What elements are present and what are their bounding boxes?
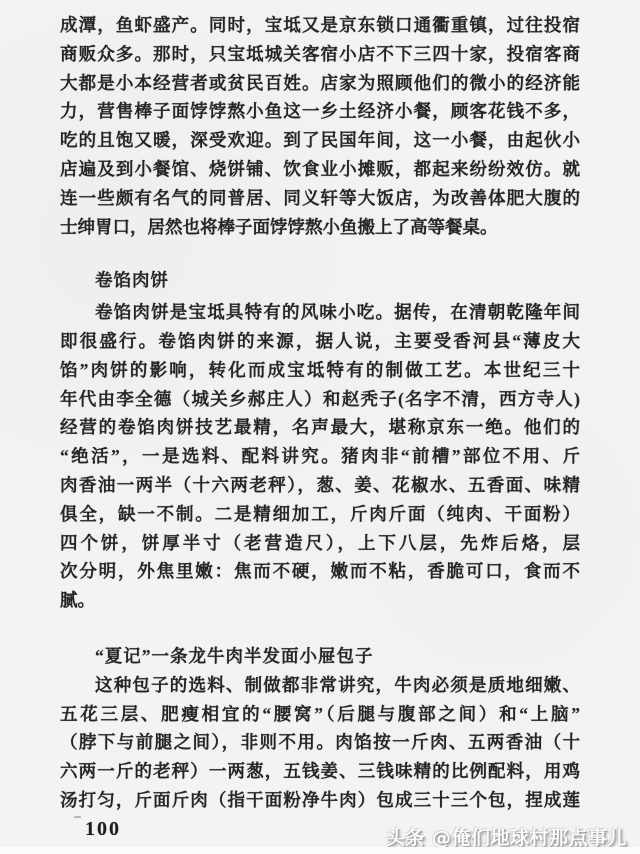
paragraph-line: 年代由李全德（城关乡郝庄人）和赵秃子(名字不清，西方寺人)	[60, 385, 580, 414]
paragraph-line: 连一些颇有名气的同普居、同义轩等大饭店，为改善体肥大腹的	[60, 184, 580, 213]
paragraph-line: 俱全，缺一不制。二是精细加工，斤肉斤面（纯肉、干面粉）	[60, 500, 580, 529]
paragraph-line: 次分明，外焦里嫩：焦而不硬，嫩而不粘，香脆可口，食而不	[60, 557, 580, 586]
paragraph-line: 四个饼，饼厚半寸（老营造尺），上下八层，先炸后烙，层	[60, 529, 580, 558]
paragraph-line: “绝活”，一是选料、配料讲究。猪肉非“前槽”部位不用、斤	[60, 442, 580, 471]
paragraph-line: 这种包子的选料、制做都非常讲究，牛肉必须是质地细嫩、	[60, 671, 580, 700]
paragraph-line: 成潭，鱼虾盛产。同时，宝坻又是京东锁口通衢重镇，过往投宿	[60, 11, 580, 40]
paragraph-line: 肉香油一两半（十六两老秤），葱、姜、花椒水、五香面、味精	[60, 471, 580, 500]
paragraph-line: 五花三层、肥瘦相宜的“腰窝”（后腿与腹部之间）和“上脑”	[60, 700, 580, 729]
section-heading: 卷馅肉饼	[60, 266, 580, 295]
paragraph-line: 汤打匀，斤面斤肉（指干面粉净牛肉）包成三十三个包，捏成莲	[60, 786, 580, 815]
section-heading: “夏记”一条龙牛肉半发面小屉包子	[60, 642, 580, 671]
paragraph-line: 六两一斤的老秤）一两葱，五钱姜、三钱味精的比例配料，用鸡	[60, 757, 580, 786]
paragraph-line: 士绅胃口，居然也将棒子面饽饽熬小鱼搬上了高等餐桌。	[60, 213, 580, 242]
paragraph-line: 即很盛行。卷馅肉饼的来源，据人说，主要受香河县“薄皮大	[60, 327, 580, 356]
paragraph-line: 卷馅肉饼是宝坻具特有的风味小吃。据传，在清朝乾隆年间	[60, 298, 580, 327]
paragraph-line: 力，营售棒子面饽饽熬小鱼这一乡土经济小餐，顾客花钱不多，	[60, 97, 580, 126]
scan-bottom-edge	[0, 847, 640, 854]
page-number: 100	[85, 818, 121, 841]
paragraph-line: 店遍及到小餐馆、烧饼铺、饮食业小摊贩，都起来纷纷效仿。就	[60, 155, 580, 184]
paragraph-line: （脖下与前腿之间），非则不用。肉馅按一斤肉、五两香油（十	[60, 728, 580, 757]
page-text: 成潭，鱼虾盛产。同时，宝坻又是京东锁口通衢重镇，过往投宿 商贩众多。那时，只宝坻…	[60, 11, 580, 815]
paragraph-line: 馅”肉饼的影响，转化而成宝坻特有的制做工艺。本世纪三十	[60, 356, 580, 385]
paragraph-line: 经营的卷馅肉饼技艺最精，名声最大，堪称京东一绝。他们的	[60, 413, 580, 442]
toutiao-watermark: 头条 @俺们地球村那点事儿	[386, 823, 627, 850]
scan-noise-speck	[74, 816, 81, 818]
paragraph-line: 吃的且饱又暖，深受欢迎。到了民国年间，这一小餐，由起伙小	[60, 126, 580, 155]
paragraph-line: 商贩众多。那时，只宝坻城关客宿小店不下三四十家，投宿客商	[60, 40, 580, 69]
book-page-scan: 成潭，鱼虾盛产。同时，宝坻又是京东锁口通衢重镇，过往投宿 商贩众多。那时，只宝坻…	[0, 0, 640, 854]
paragraph-line: 腻。	[60, 586, 580, 615]
paragraph-line: 大都是小本经营者或贫民百姓。店家为照顾他们的微小的经济能	[60, 69, 580, 98]
